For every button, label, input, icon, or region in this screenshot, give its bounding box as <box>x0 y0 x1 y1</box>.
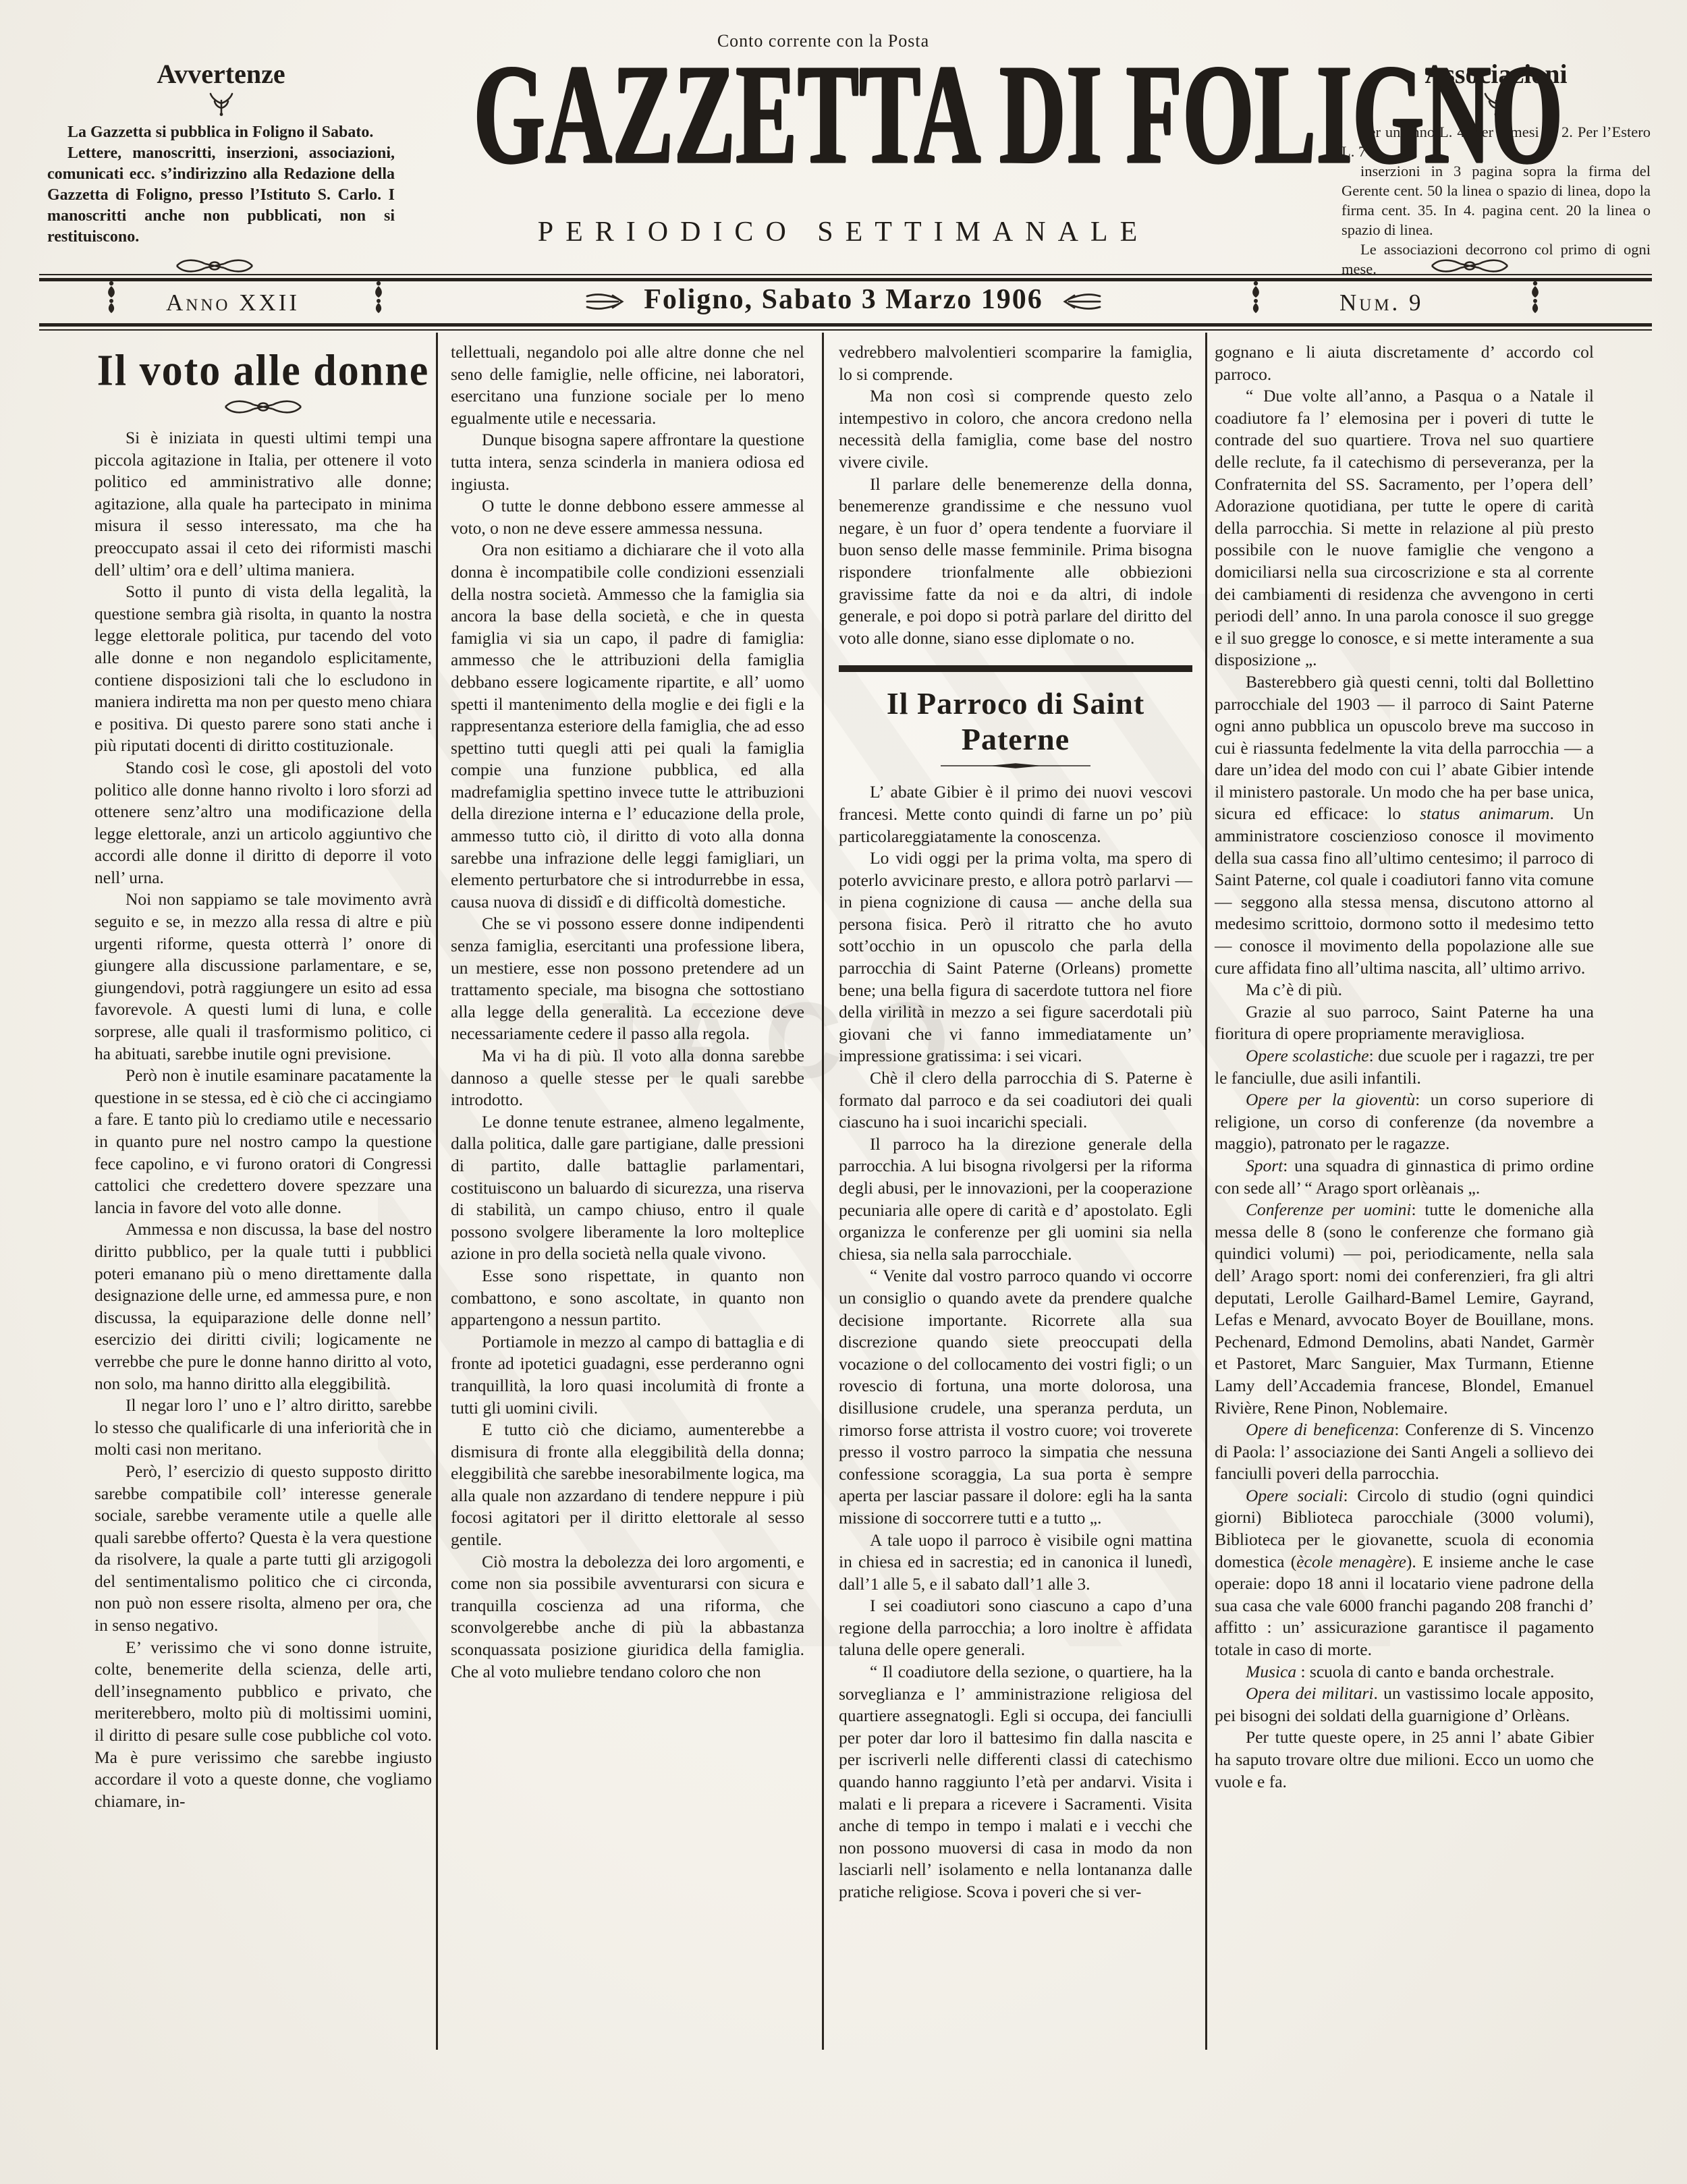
dateline-date: Foligno, Sabato 3 Marzo 1906 <box>0 283 1687 316</box>
article-column-1: Il voto alle donneSi è iniziata in quest… <box>94 341 432 1812</box>
column-separator <box>1205 333 1207 2050</box>
article-paragraph: Chè il clero della parrocchia di S. Pate… <box>839 1067 1192 1133</box>
article-paragraph: Ma c’è di più. <box>1215 979 1594 1001</box>
article-paragraph: Si è iniziata in questi ultimi tempi una… <box>94 427 432 581</box>
swash-arrow-icon <box>584 290 626 313</box>
article-paragraph: Ammessa e non discussa, la base del nost… <box>94 1219 432 1395</box>
article-paragraph: Esse sono rispettate, in quanto non comb… <box>451 1265 804 1331</box>
article-paragraph: Il parroco ha la direzione generale dell… <box>839 1133 1192 1266</box>
horizontal-rule <box>39 274 1652 275</box>
article-paragraph: Sport: una squadra di ginnastica di prim… <box>1215 1155 1594 1199</box>
article-paragraph: Noi non sappiamo se tale movimento avrà … <box>94 889 432 1065</box>
article-paragraph: Ma vi ha di più. Il voto alla donna sare… <box>451 1045 804 1111</box>
article-paragraph: Sotto il punto di vista della legalità, … <box>94 581 432 757</box>
article-paragraph: Ciò mostra la debolezza dei loro argomen… <box>451 1551 804 1683</box>
article-paragraph: E tutto ciò che diciamo, aumenterebbe a … <box>451 1419 804 1551</box>
article-paragraph: Però, l’ esercizio di questo supposto di… <box>94 1461 432 1637</box>
article-paragraph: Conferenze per uomini: tutte le domenich… <box>1215 1199 1594 1419</box>
dash-ornament <box>839 761 1192 771</box>
article-title: Il voto alle donne <box>94 345 432 396</box>
newspaper-page: JACO Conto corrente con la Posta Avverte… <box>0 0 1687 2184</box>
article-paragraph: “ Il coadiutore della sezione, o quartie… <box>839 1661 1192 1903</box>
horizontal-rule <box>39 323 1652 327</box>
swash-arrow-icon <box>1061 290 1103 313</box>
article-paragraph: Opere sociali: Circolo di studio (ogni q… <box>1215 1485 1594 1661</box>
article-paragraph: O tutte le donne debbono essere ammesse … <box>451 495 804 539</box>
masthead-wrap: GAZZETTA DI FOLIGNO <box>337 43 1350 158</box>
article-paragraph: Il negar loro l’ uno e l’ altro diritto,… <box>94 1395 432 1461</box>
article-paragraph: vedrebbero malvolentieri scomparire la f… <box>839 341 1192 385</box>
article-paragraph: Opere di beneficenza: Conferenze di S. V… <box>1215 1419 1594 1485</box>
article-paragraph: Musica : scuola di canto e banda orchest… <box>1215 1661 1594 1683</box>
article-paragraph: Opere per la gioventù: un corso superior… <box>1215 1089 1594 1155</box>
article-paragraph: Opera dei militari. un vastissimo locale… <box>1215 1683 1594 1727</box>
article-paragraph: Portiamole in mezzo al campo di battagli… <box>451 1331 804 1419</box>
dateline-num: Num. 9 <box>1339 289 1424 316</box>
article-paragraph: Le donne tenute estranee, almeno legalme… <box>451 1111 804 1265</box>
subtitle-periodico: PERIODICO SETTIMANALE <box>337 216 1350 248</box>
knot-ornament <box>94 397 432 416</box>
article-paragraph: Grazie al suo parroco, Saint Paterne ha … <box>1215 1001 1594 1045</box>
article-paragraph: Dunque bisogna sapere affrontare la ques… <box>451 429 804 495</box>
article-paragraph: Opere scolastiche: due scuole per i raga… <box>1215 1045 1594 1089</box>
article-column-2: tellettuali, negandolo poi alle altre do… <box>451 341 804 1683</box>
article-title: Il Parroco di Saint Paterne <box>839 685 1192 757</box>
article-paragraph: L’ abate Gibier è il primo dei nuovi ves… <box>839 781 1192 847</box>
article-paragraph: Stando così le cose, gli apostoli del vo… <box>94 757 432 889</box>
article-paragraph: Ora non esitiamo a dichiarare che il vot… <box>451 539 804 913</box>
masthead-title: GAZZETTA DI FOLIGNO <box>474 43 1564 186</box>
horizontal-rule <box>39 278 1652 281</box>
knot-icon <box>1429 256 1510 275</box>
article-paragraph: Il parlare delle benemerenze della donna… <box>839 474 1192 650</box>
article-paragraph: gognano e li aiuta discretamente d’ acco… <box>1215 341 1594 385</box>
article-paragraph: Basterebbero già questi cenni, tolti dal… <box>1215 671 1594 979</box>
article-paragraph: Però non è inutile esaminare pacatamente… <box>94 1065 432 1219</box>
column-separator <box>436 333 438 2050</box>
article-paragraph: E’ verissimo che vi sono donne istruite,… <box>94 1637 432 1813</box>
article-column-3: vedrebbero malvolentieri scomparire la f… <box>839 341 1192 1903</box>
fleuron-icon <box>1247 279 1265 316</box>
article-paragraph: tellettuali, negandolo poi alle altre do… <box>451 341 804 429</box>
article-paragraph: A tale uopo il parroco è visibile ogni m… <box>839 1530 1192 1596</box>
article-paragraph: Lo vidi oggi per la prima volta, ma sper… <box>839 847 1192 1067</box>
article-paragraph: Che se vi possono essere donne indipende… <box>451 913 804 1045</box>
knot-icon <box>174 256 255 275</box>
horizontal-rule <box>39 329 1652 331</box>
article-paragraph: “ Venite dal vostro parroco quando vi oc… <box>839 1265 1192 1529</box>
article-paragraph: Per tutte queste opere, in 25 anni l’ ab… <box>1215 1727 1594 1793</box>
article-paragraph: Ma non così si comprende questo zelo int… <box>839 385 1192 473</box>
article-paragraph: “ Due volte all’anno, a Pasqua o a Natal… <box>1215 385 1594 671</box>
fleuron-icon <box>1526 279 1544 316</box>
section-rule <box>839 665 1192 672</box>
dateline-date-text: Foligno, Sabato 3 Marzo 1906 <box>644 284 1043 315</box>
article-column-4: gognano e li aiuta discretamente d’ acco… <box>1215 341 1594 1793</box>
article-paragraph: I sei coadiutori sono ciascuno a capo d’… <box>839 1595 1192 1661</box>
column-separator <box>822 333 824 2050</box>
